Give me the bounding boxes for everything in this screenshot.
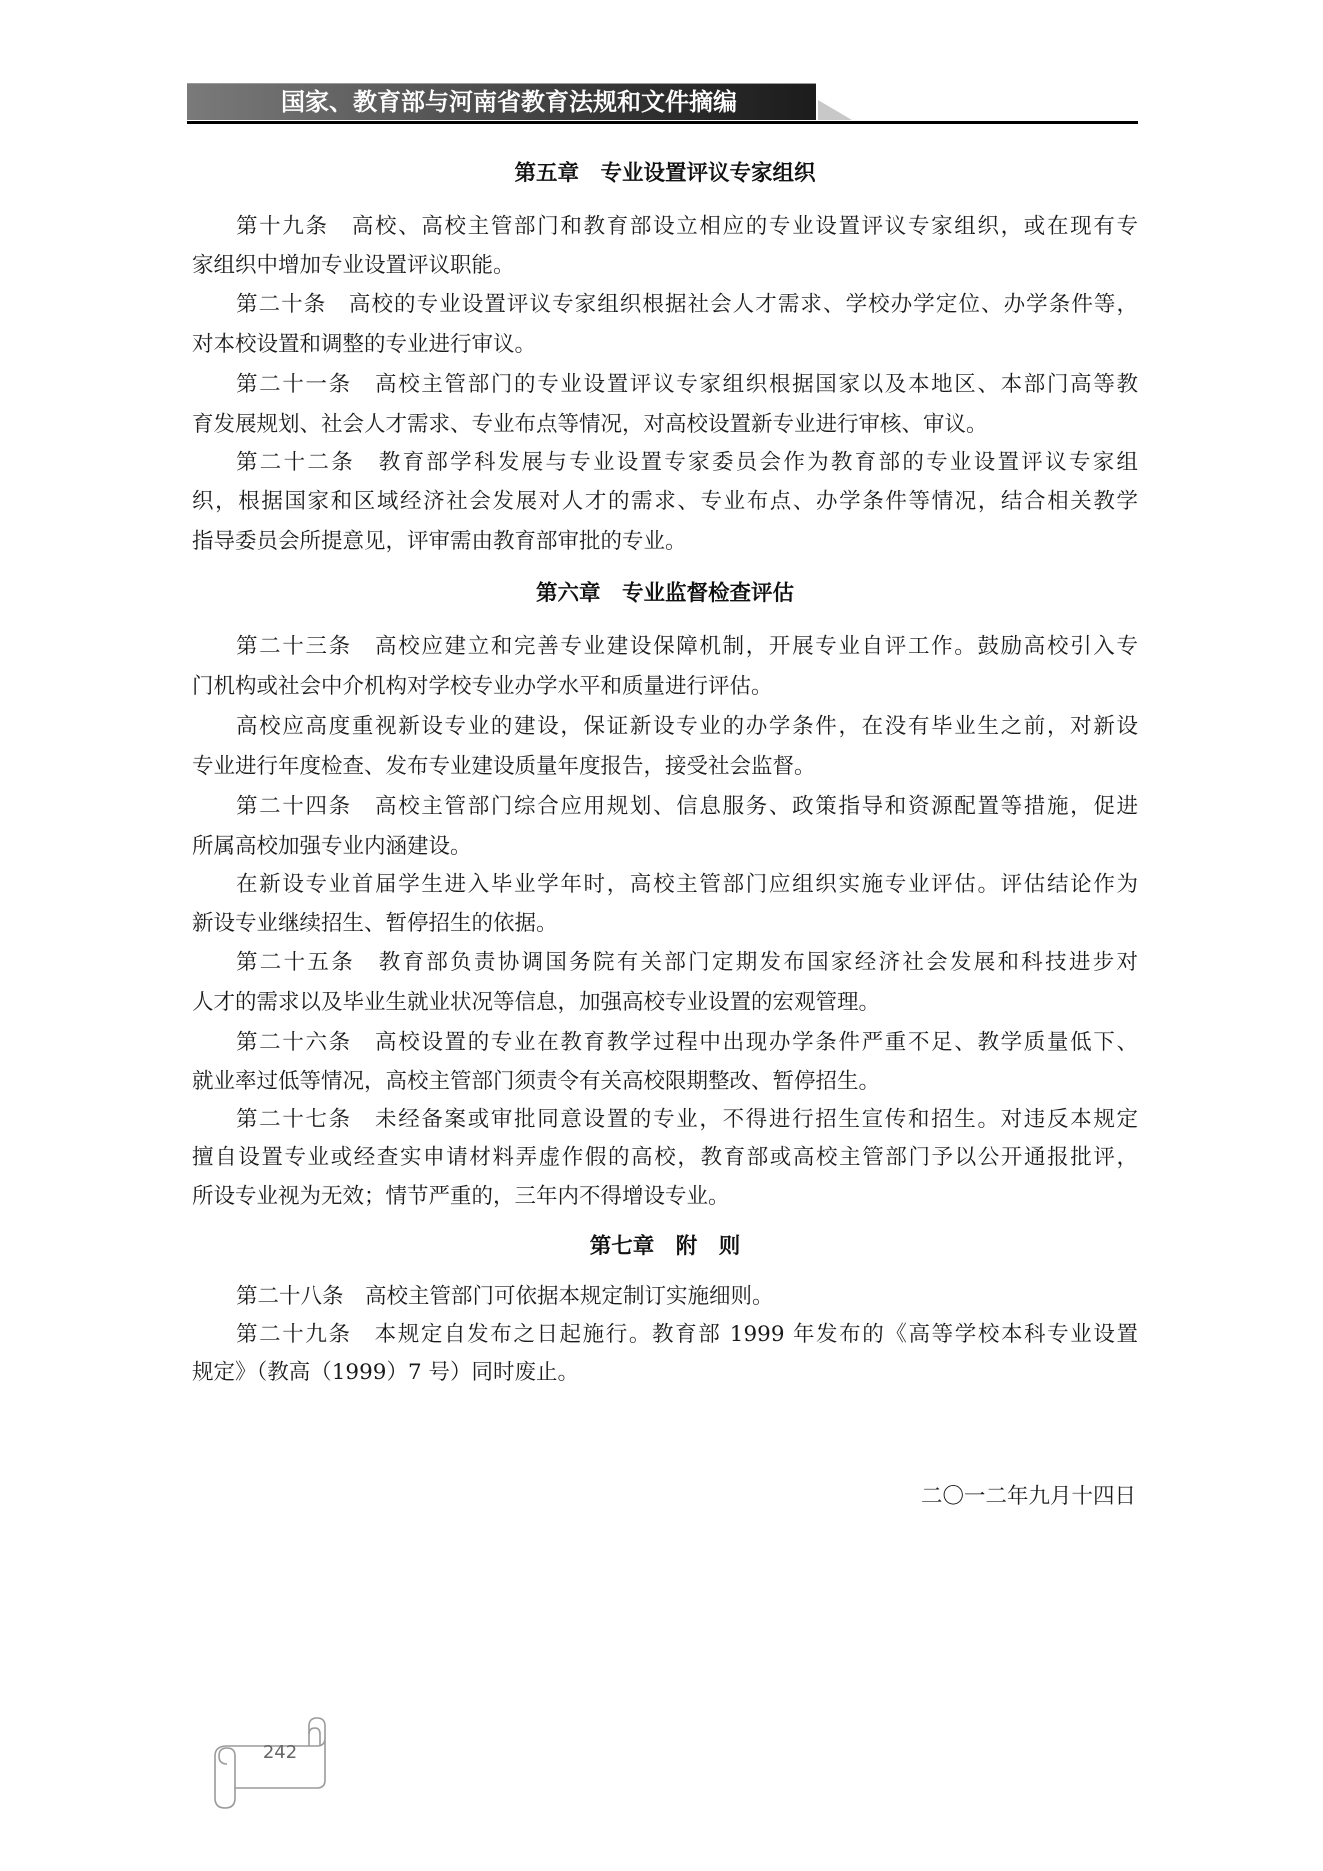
paragraph-line: 第二十三条 高校应建立和完善专业建设保障机制，开展专业自评工作。鼓励高校引入专 — [236, 632, 1138, 662]
paragraph-line: 就业率过低等情况，高校主管部门须责令有关高校限期整改、暂停招生。 — [192, 1067, 1138, 1097]
paragraph-line: 规定》（教高（1999）7 号）同时废止。 — [192, 1358, 1138, 1388]
paragraph-line: 专业进行年度检查、发布专业建设质量年度报告，接受社会监督。 — [192, 752, 1138, 782]
paragraph-line: 第二十二条 教育部学科发展与专业设置专家委员会作为教育部的专业设置评议专家组 — [236, 448, 1138, 478]
paragraph-line: 第二十八条 高校主管部门可依据本规定制订实施细则。 — [236, 1282, 1138, 1312]
document-page: 国家、教育部与河南省教育法规和文件摘编 第五章 专业设置评议专家组织 第十九条 … — [0, 0, 1323, 1871]
paragraph-line: 指导委员会所提意见，评审需由教育部审批的专业。 — [192, 527, 1138, 557]
paragraph-line: 第二十五条 教育部负责协调国务院有关部门定期发布国家经济社会发展和科技进步对 — [236, 948, 1138, 978]
paragraph-line: 家组织中增加专业设置评议职能。 — [192, 251, 1138, 281]
paragraph-line: 第二十七条 未经备案或审批同意设置的专业，不得进行招生宣传和招生。对违反本规定 — [236, 1105, 1138, 1135]
paragraph-line: 第十九条 高校、高校主管部门和教育部设立相应的专业设置评议专家组织，或在现有专 — [236, 212, 1138, 242]
header-rule — [187, 121, 1138, 124]
paragraph-line: 第二十条 高校的专业设置评议专家组织根据社会人才需求、学校办学定位、办学条件等， — [236, 290, 1138, 320]
paragraph-line: 所属高校加强专业内涵建设。 — [192, 832, 1138, 862]
issue-date: 二〇一二年九月十四日 — [880, 1482, 1136, 1512]
paragraph-line: 所设专业视为无效；情节严重的，三年内不得增设专业。 — [192, 1182, 1138, 1212]
chapter-title: 第七章 附 则 — [192, 1232, 1138, 1262]
running-header-title: 国家、教育部与河南省教育法规和文件摘编 — [281, 84, 737, 120]
chapter-title: 第六章 专业监督检查评估 — [192, 579, 1138, 609]
paragraph-line: 擅自设置专业或经查实申请材料弄虚作假的高校，教育部或高校主管部门予以公开通报批评… — [192, 1143, 1138, 1173]
paragraph-line: 织，根据国家和区域经济社会发展对人才的需求、专业布点、办学条件等情况，结合相关教… — [192, 487, 1138, 517]
paragraph-line: 人才的需求以及毕业生就业状况等信息，加强高校专业设置的宏观管理。 — [192, 988, 1138, 1018]
paragraph-line: 第二十四条 高校主管部门综合应用规划、信息服务、政策指导和资源配置等措施，促进 — [236, 792, 1138, 822]
paragraph-line: 第二十九条 本规定自发布之日起施行。教育部 1999 年发布的《高等学校本科专业… — [236, 1320, 1138, 1350]
paragraph-line: 高校应高度重视新设专业的建设，保证新设专业的办学条件，在没有毕业生之前，对新设 — [236, 712, 1138, 742]
paragraph-line: 育发展规划、社会人才需求、专业布点等情况，对高校设置新专业进行审核、审议。 — [192, 410, 1138, 440]
paragraph-line: 第二十一条 高校主管部门的专业设置评议专家组织根据国家以及本地区、本部门高等教 — [236, 370, 1138, 400]
chapter-title: 第五章 专业设置评议专家组织 — [192, 159, 1138, 189]
header-corner-triangle — [818, 100, 852, 120]
paragraph-line: 门机构或社会中介机构对学校专业办学水平和质量进行评估。 — [192, 672, 1138, 702]
paragraph-line: 对本校设置和调整的专业进行审议。 — [192, 330, 1138, 360]
page-number: 242 — [252, 1740, 308, 1766]
paragraph-line: 在新设专业首届学生进入毕业学年时，高校主管部门应组织实施专业评估。评估结论作为 — [236, 870, 1138, 900]
paragraph-line: 新设专业继续招生、暂停招生的依据。 — [192, 909, 1138, 939]
paragraph-line: 第二十六条 高校设置的专业在教育教学过程中出现办学条件严重不足、教学质量低下、 — [236, 1028, 1138, 1058]
